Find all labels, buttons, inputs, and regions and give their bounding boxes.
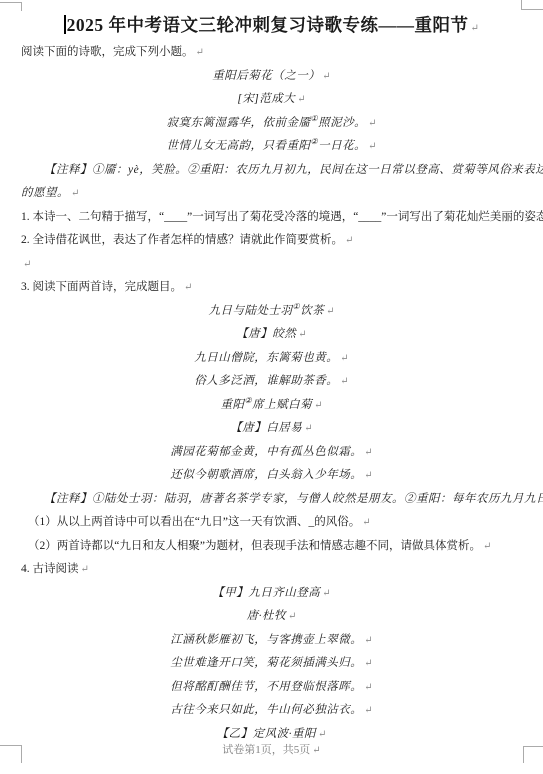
text-run: 阅读下面的诗歌，完成下列小题。 (21, 46, 194, 58)
poem1-title: 重阳后菊花（之一）↵ (21, 65, 522, 89)
text-run: 一日花。 (318, 140, 366, 152)
question-2: 2. 全诗借花讽世，表达了作者怎样的情感？请就此作简要赏析。↵ (21, 229, 522, 253)
poem4-line-2: 尘世难逢开口笑，菊花须插满头归。↵ (21, 652, 522, 676)
paragraph-mark: ↵ (81, 564, 89, 575)
question-1: 1. 本诗一、二句精于描写，“____”一词写出了菊花受冷落的境遇，“____”… (21, 206, 522, 230)
text-run: 【注释】①靥：yè，笑脸。②重阳：农历九月初九，民间在这一日常以登高、赏菊等风俗… (44, 164, 543, 176)
paragraph-mark: ↵ (340, 376, 348, 387)
paragraph-mark: ↵ (298, 329, 306, 340)
paragraph-mark: ↵ (364, 635, 372, 646)
text-run: 的愿望。 (21, 187, 69, 199)
text-run: 【甲】九日齐山登高 (212, 587, 320, 599)
paragraph-mark: ↵ (288, 611, 296, 622)
text-run: 寂寞东篱湿露华，依前金靥 (166, 117, 310, 129)
poem2-line-1: 九日山僧院，东篱菊也黄。↵ (21, 347, 522, 371)
instruction-line: 阅读下面的诗歌，完成下列小题。↵ (21, 41, 522, 65)
footnote-ref: ② (244, 396, 252, 405)
footnote-ref: ① (310, 114, 318, 123)
text-run: 满园花菊郁金黄，中有孤丛色似霜。 (170, 446, 362, 458)
paragraph-mark: ↵ (345, 235, 353, 246)
text-run: 4. 古诗阅读 (21, 563, 79, 575)
paragraph-mark: ↵ (364, 705, 372, 716)
paragraph-mark: ↵ (340, 353, 348, 364)
text-run: 重阳后菊花（之一） (212, 70, 320, 82)
paragraph-mark: ↵ (318, 729, 326, 740)
text-run: [宋]范成大 (237, 93, 295, 105)
text-run: 2. 全诗借花讽世，表达了作者怎样的情感？请就此作简要赏析。 (21, 234, 343, 246)
paragraph-mark: ↵ (364, 447, 372, 458)
text-cursor (64, 15, 66, 34)
paragraph-mark: ↵ (196, 47, 204, 58)
text-run: （2）两首诗都以“九日和友人相聚”为题材，但表现手法和情感志趣不同，请做具体赏析… (28, 540, 481, 552)
paragraph-mark: ↵ (314, 400, 322, 411)
poem3-title: 重阳②席上赋白菊↵ (21, 394, 522, 418)
text-run: 俗人多泛酒，谁解助茶香。 (194, 375, 338, 387)
footnote-ref: ① (292, 302, 300, 311)
poem3-line-2: 还似今朝歌酒席，白头翁入少年场。↵ (21, 464, 522, 488)
paragraph-mark: ↵ (322, 71, 330, 82)
crop-mark-top-right-h (521, 9, 543, 10)
text-run: 但将酩酊酬佳节，不用登临恨落晖。 (170, 681, 362, 693)
paragraph-mark: ↵ (368, 141, 376, 152)
paragraph-mark: ↵ (304, 423, 312, 434)
text-run: 【唐】皎然 (236, 328, 296, 340)
text-run: 【唐】白居易 (230, 422, 302, 434)
text-run: 席上赋白菊 (252, 399, 312, 411)
text-run: 1. 本诗一、二句精于描写，“____”一词写出了菊花受冷落的境遇，“____”… (21, 211, 543, 223)
question-4: 4. 古诗阅读↵ (21, 558, 522, 582)
text-run: 重阳 (220, 399, 244, 411)
question-3: 3. 阅读下面两首诗，完成题目。↵ (21, 276, 522, 300)
poem2-author: 【唐】皎然↵ (21, 323, 522, 347)
crop-mark-top-left-h (0, 2, 21, 3)
doc-title: 2025 年中考语文三轮冲刺复习诗歌专练——重阳节↵ (21, 10, 522, 41)
text-run: 唐·杜牧 (247, 610, 286, 622)
poem23-notes: 【注释】①陆处士羽：陆羽，唐著名茶学专家，与僧人皎然是朋友。②重阳：每年农历九月… (21, 488, 522, 512)
poem4-author: 唐·杜牧↵ (21, 605, 522, 629)
paragraph-mark: ↵ (184, 282, 192, 293)
poem3-author: 【唐】白居易↵ (21, 417, 522, 441)
crop-mark-top-right-v (521, 0, 522, 9)
poem1-author: [宋]范成大↵ (21, 88, 522, 112)
paragraph-mark: ↵ (364, 682, 372, 693)
poem4-title: 【甲】九日齐山登高↵ (21, 582, 522, 606)
paragraph-mark: ↵ (23, 259, 31, 270)
paragraph-mark: ↵ (483, 541, 491, 552)
paragraph-mark: ↵ (362, 517, 370, 528)
text-run: 九日山僧院，东篱菊也黄。 (194, 352, 338, 364)
poem4-line-3: 但将酩酊酬佳节，不用登临恨落晖。↵ (21, 676, 522, 700)
poem1-notes-line-2: 的愿望。↵ (21, 182, 522, 206)
text-run: 3. 阅读下面两首诗，完成题目。 (21, 281, 182, 293)
text-run: 【乙】定风波·重阳 (217, 728, 316, 740)
poem1-line-2: 世情儿女无高韵，只看重阳②一日花。↵ (21, 135, 522, 159)
paragraph-mark: ↵ (364, 470, 372, 481)
empty-paragraph: ↵ (21, 253, 522, 277)
text-run: 江涵秋影雁初飞，与客携壶上翠微。 (170, 634, 362, 646)
paragraph-mark: ↵ (368, 118, 376, 129)
paragraph-mark: ↵ (470, 23, 478, 34)
paragraph-mark: ↵ (312, 745, 320, 756)
footnote-ref: ② (310, 137, 318, 146)
question-3-sub-2: （2）两首诗都以“九日和友人相聚”为题材，但表现手法和情感志趣不同，请做具体赏析… (21, 535, 522, 559)
poem1-notes-line-1: 【注释】①靥：yè，笑脸。②重阳：农历九月初九，民间在这一日常以登高、赏菊等风俗… (21, 159, 522, 183)
page-number-label: 试卷第1页，共5页 (222, 744, 310, 756)
question-3-sub-1: （1）从以上两首诗中可以看出在“九日”这一天有饮酒、_的风俗。↵ (21, 511, 522, 535)
text-run: 九日与陆处士羽 (208, 305, 292, 317)
text-run: 世情儿女无高韵，只看重阳 (166, 140, 310, 152)
document-body[interactable]: 2025 年中考语文三轮冲刺复习诗歌专练——重阳节↵阅读下面的诗歌，完成下列小题… (0, 0, 543, 746)
paragraph-mark: ↵ (326, 306, 334, 317)
paragraph-mark: ↵ (364, 658, 372, 669)
poem4-line-4: 古往今来只如此，牛山何必独沾衣。↵ (21, 699, 522, 723)
poem1-line-1: 寂寞东篱湿露华，依前金靥①照泥沙。↵ (21, 112, 522, 136)
text-run: 还似今朝歌酒席，白头翁入少年场。 (170, 469, 362, 481)
text-run: 古往今来只如此，牛山何必独沾衣。 (170, 704, 362, 716)
poem2-line-2: 俗人多泛酒，谁解助茶香。↵ (21, 370, 522, 394)
paragraph-mark: ↵ (71, 188, 79, 199)
poem2-title: 九日与陆处士羽①饮茶↵ (21, 300, 522, 324)
paragraph-mark: ↵ (297, 94, 305, 105)
crop-mark-top-left-v (21, 2, 22, 11)
poem4-line-1: 江涵秋影雁初飞，与客携壶上翠微。↵ (21, 629, 522, 653)
page-footer: 试卷第1页，共5页↵ (0, 741, 543, 757)
text-run: 饮茶 (300, 305, 324, 317)
paragraph-mark: ↵ (322, 588, 330, 599)
text-run: 2025 年中考语文三轮冲刺复习诗歌专练——重阳节 (67, 15, 469, 35)
text-run: （1）从以上两首诗中可以看出在“九日”这一天有饮酒、_的风俗。 (28, 516, 360, 528)
text-run: 【注释】①陆处士羽：陆羽，唐著名茶学专家，与僧人皎然是朋友。②重阳：每年农历九月… (44, 493, 543, 505)
document-page: 2025 年中考语文三轮冲刺复习诗歌专练——重阳节↵阅读下面的诗歌，完成下列小题… (0, 0, 543, 774)
poem3-line-1: 满园花菊郁金黄，中有孤丛色似霜。↵ (21, 441, 522, 465)
text-run: 照泥沙。 (318, 117, 366, 129)
text-run: 尘世难逢开口笑，菊花须插满头归。 (170, 657, 362, 669)
